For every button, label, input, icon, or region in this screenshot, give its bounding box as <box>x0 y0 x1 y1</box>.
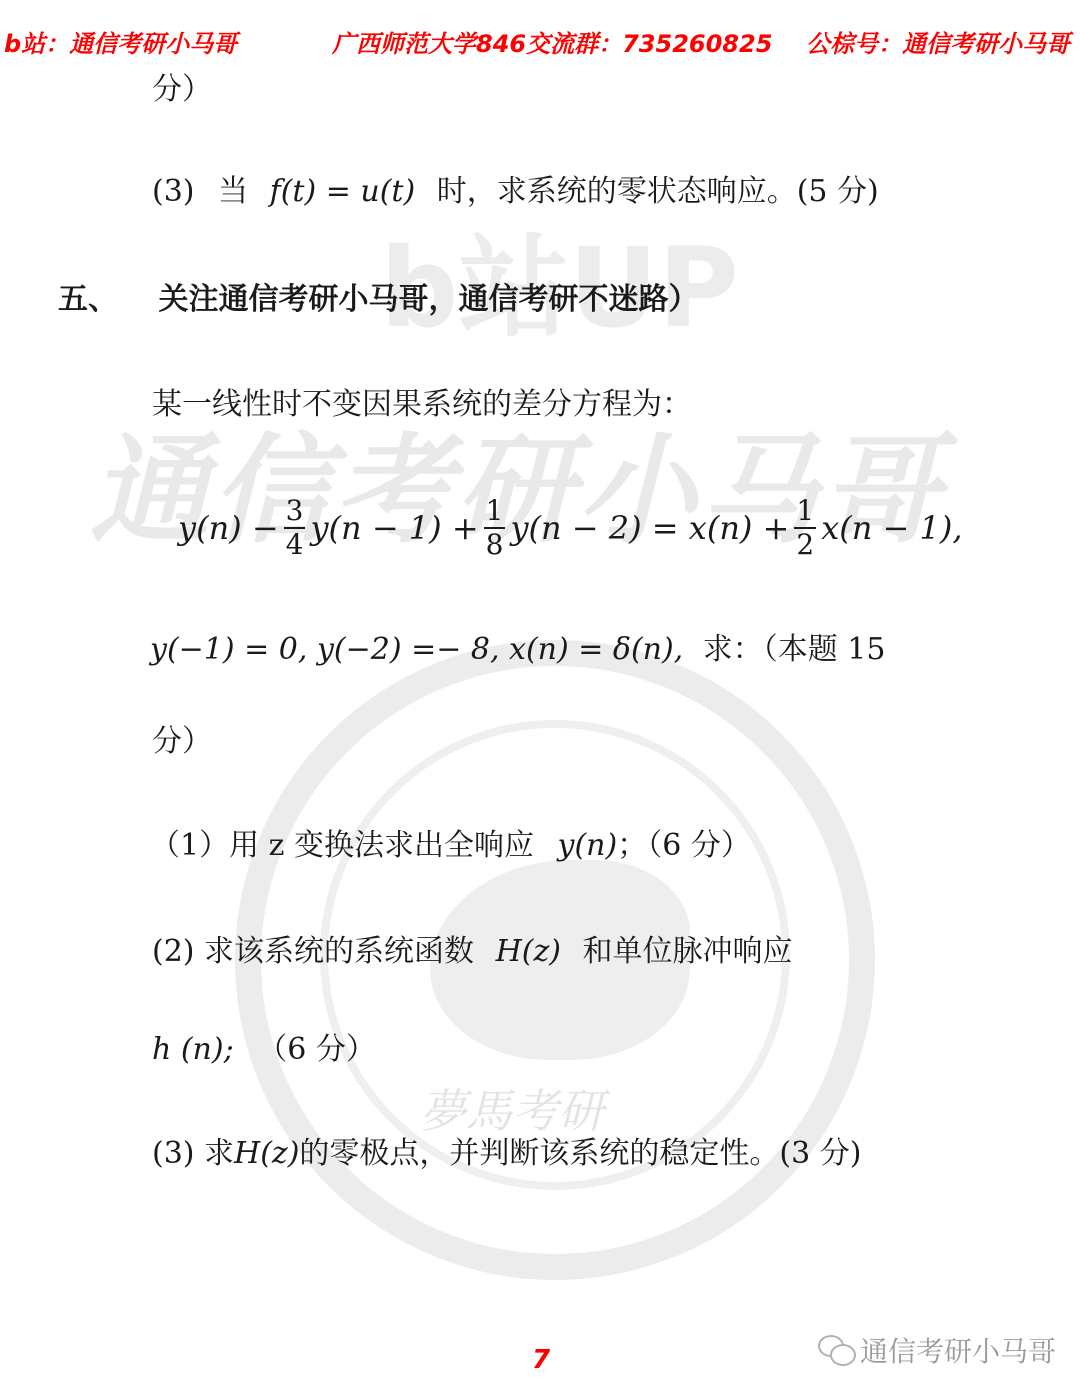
difference-equation: y(n) − 34 y(n − 1) + 18 y(n − 2) = x(n) … <box>175 488 966 568</box>
initial-conditions: y(−1) = 0, y(−2) =− 8, x(n) = δ(n), 求：（本… <box>150 630 885 670</box>
fraction: 18 <box>484 495 506 561</box>
question-3: (3) 求H(z)的零极点，并判断该系统的稳定性。(3 分) <box>152 1134 861 1174</box>
header-bilibili: b站：通信考研小马哥 <box>4 24 237 59</box>
math-expr: f(t) = u(t) <box>270 174 416 209</box>
text: 和单位脉冲响应 <box>583 934 793 969</box>
math-expr: h (n); <box>152 1032 234 1067</box>
page-number: 7 <box>532 1345 550 1375</box>
section-number: 五、 <box>58 282 118 317</box>
section-title: 关注通信考研小马哥，通信考研不迷路） <box>158 282 698 317</box>
header-group: 广西师范大学846交流群：735260825 <box>332 24 772 59</box>
text: ；（6 分） <box>617 828 751 863</box>
header-account: 公棕号：通信考研小马哥 <box>806 24 1070 59</box>
wechat-icon <box>818 1335 854 1365</box>
wechat-label: 通信考研小马哥 <box>860 1330 1056 1370</box>
math-expr: y(n) <box>558 828 618 863</box>
fraction: 12 <box>794 495 816 561</box>
math-expr: H(z) <box>496 934 561 969</box>
conditions-tail: 分） <box>152 722 212 762</box>
question-2: (2) 求该系统的系统函数 H(z) 和单位脉冲响应 <box>152 932 793 972</box>
wechat-watermark: 通信考研小马哥 <box>818 1330 1056 1370</box>
prev-question-tail: 分） <box>152 70 212 110</box>
question-2-continued: h (n); （6 分） <box>152 1030 376 1070</box>
text: （6 分） <box>257 1032 376 1067</box>
section-heading: 五、 关注通信考研小马哥，通信考研不迷路） <box>58 280 698 320</box>
text: （1）用 z 变换法求出全响应 <box>150 828 534 863</box>
text: 时，求系统的零状态响应。(5 分) <box>437 174 879 209</box>
denominator: 2 <box>796 529 814 561</box>
conditions-text: 求：（本题 15 <box>703 632 886 667</box>
q-label: (3) <box>152 174 195 209</box>
question-1: （1）用 z 变换法求出全响应 y(n)；（6 分） <box>150 826 751 866</box>
conditions-math: y(−1) = 0, y(−2) =− 8, x(n) = δ(n), <box>150 632 683 667</box>
numerator: 1 <box>484 495 506 529</box>
text: 当 <box>218 174 248 209</box>
eq-term: y(n − 2) = x(n) + <box>507 509 792 547</box>
eq-term: y(n − 1) + <box>307 509 481 547</box>
numerator: 1 <box>794 495 816 529</box>
text: 的零极点，并判断该系统的稳定性。(3 分) <box>299 1136 861 1171</box>
text: (3) 求 <box>152 1136 234 1171</box>
watermark-bilibili: b站UP <box>380 200 739 358</box>
page-header: b站：通信考研小马哥 广西师范大学846交流群：735260825 公棕号：通信… <box>0 24 1080 64</box>
eq-term: x(n − 1), <box>818 509 965 547</box>
numerator: 3 <box>284 495 306 529</box>
prev-question-3: (3) 当 f(t) = u(t) 时，求系统的零状态响应。(5 分) <box>152 172 879 212</box>
problem-intro: 某一线性时不变因果系统的差分方程为： <box>152 385 692 425</box>
denominator: 4 <box>286 529 304 561</box>
eq-term: y(n) − <box>175 509 282 547</box>
fraction: 34 <box>284 495 306 561</box>
text: (2) 求该系统的系统函数 <box>152 934 474 969</box>
math-expr: H(z) <box>234 1136 299 1171</box>
denominator: 8 <box>486 529 504 561</box>
